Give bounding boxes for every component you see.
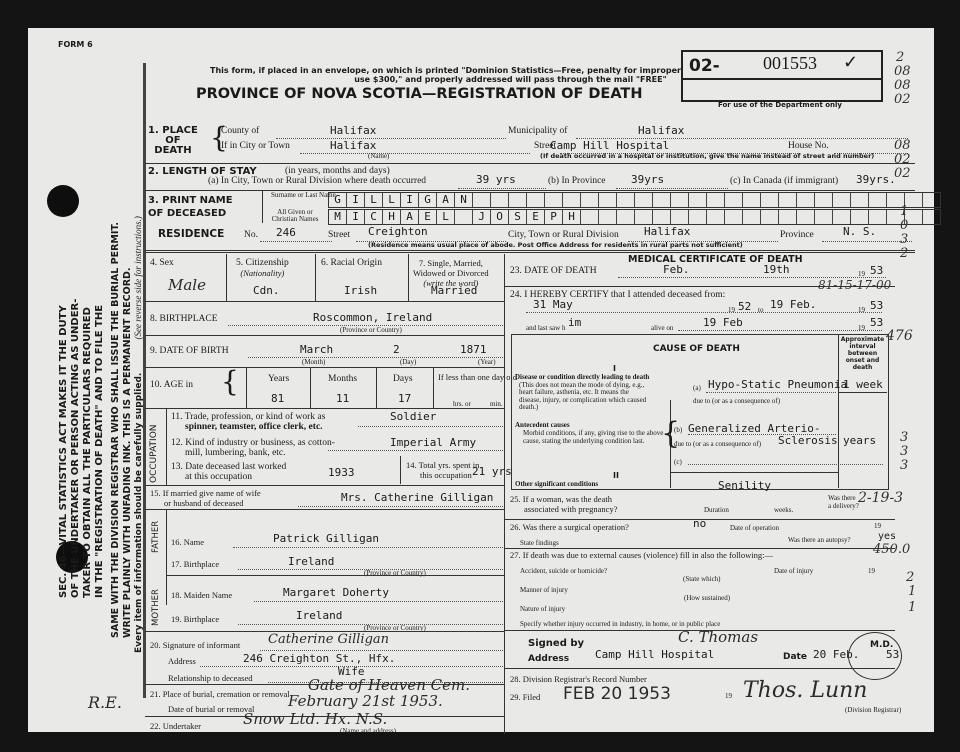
cause-a: Hypo-Static Pneumonia bbox=[708, 378, 847, 391]
side-notice-2: SAME WITH THE DIVISION REGISTRAR WHO SHA… bbox=[110, 222, 134, 638]
death-registration-form: FORM 6 SEC. 46—VITAL STATISTICS ACT MAKE… bbox=[28, 28, 934, 732]
mother-side-label: MOTHER bbox=[150, 589, 162, 626]
registration-prefix: 02- bbox=[689, 56, 720, 76]
surgical-operation: no bbox=[693, 517, 706, 530]
dob-year: 1871 bbox=[460, 343, 487, 356]
stay-city-value: 39 yrs bbox=[476, 173, 516, 186]
last-saw-year: 53 bbox=[870, 316, 883, 329]
last-saw-date: 19 Feb bbox=[703, 316, 743, 329]
house-label: House No. bbox=[788, 141, 829, 151]
residence-province: N. S. bbox=[843, 225, 876, 238]
city-label: If in City or Town bbox=[221, 141, 290, 151]
citizenship-value: Cdn. bbox=[253, 284, 280, 297]
mother-birthplace: Ireland bbox=[296, 609, 342, 622]
father-side-label: FATHER bbox=[150, 521, 162, 553]
attended-from: 31 May bbox=[533, 298, 573, 311]
mother-name: Margaret Doherty bbox=[283, 586, 389, 599]
check-mark-icon: ✓ bbox=[843, 52, 858, 73]
cause-heading: CAUSE OF DEATH bbox=[653, 344, 740, 354]
filed-stamp: FEB 20 1953 bbox=[563, 684, 671, 704]
sex-value: Male bbox=[168, 276, 206, 294]
residence-label: RESIDENCE bbox=[158, 228, 224, 240]
total-years-value: 21 yrs bbox=[472, 465, 512, 478]
cause-b-interval: years bbox=[843, 434, 876, 447]
physician-address: Camp Hill Hospital bbox=[595, 648, 714, 661]
last-worked-value: 1933 bbox=[328, 466, 355, 479]
industry-value: Imperial Army bbox=[390, 436, 476, 449]
birthplace-value: Roscommon, Ireland bbox=[313, 311, 432, 324]
side-notice: SEC. 46—VITAL STATISTICS ACT MAKES IT TH… bbox=[58, 78, 106, 598]
county-value: Halifax bbox=[330, 124, 376, 137]
age-days: 17 bbox=[398, 392, 411, 405]
attended-to-year: 53 bbox=[870, 299, 883, 312]
dob-day: 2 bbox=[393, 343, 400, 356]
attended-to: 19 Feb. bbox=[770, 298, 816, 311]
municipality-label: Municipality of bbox=[508, 126, 567, 136]
city-value: Halifax bbox=[330, 139, 376, 152]
department-note: For use of the Department only bbox=[718, 101, 842, 109]
side-notice-3: Every item of information should be care… bbox=[132, 216, 145, 653]
municipality-value: Halifax bbox=[638, 124, 684, 137]
form-title: PROVINCE OF NOVA SCOTIA—REGISTRATION OF … bbox=[196, 86, 642, 102]
place-of-death-label: 1. PLACE OF DEATH bbox=[148, 126, 198, 156]
seal-circle bbox=[848, 632, 902, 680]
informant-signature: Catherine Gilligan bbox=[268, 632, 389, 647]
burial-date: February 21st 1953. bbox=[288, 692, 443, 710]
residence-number: 246 bbox=[276, 226, 296, 239]
stay-province-value: 39yrs bbox=[631, 173, 664, 186]
informant-address: 246 Creighton St., Hfx. bbox=[243, 652, 395, 665]
street-value: Camp Hill Hospital bbox=[550, 139, 669, 152]
father-birthplace: Ireland bbox=[288, 555, 334, 568]
spouse-value: Mrs. Catherine Gilligan bbox=[341, 491, 493, 504]
autopsy-value: yes bbox=[878, 531, 896, 542]
print-name-label: 3. PRINT NAME OF DECEASED bbox=[148, 194, 233, 220]
brace-icon: { bbox=[221, 368, 239, 396]
cause-of-death-box bbox=[511, 334, 889, 490]
mail-notice: This form, if placed in an envelope, on … bbox=[210, 66, 681, 84]
undertaker-value: Snow Ltd. Hx. N.S. bbox=[243, 710, 387, 728]
registration-number: 001553 bbox=[763, 53, 817, 74]
initials: R.E. bbox=[88, 693, 122, 712]
cause-b-continued: Sclerosis bbox=[778, 434, 838, 447]
trade-value: Soldier bbox=[390, 410, 436, 423]
form-number: FORM 6 bbox=[58, 40, 93, 49]
cause-a-interval: 1 week bbox=[843, 378, 883, 391]
stay-canada-value: 39yrs. bbox=[856, 173, 896, 186]
county-label: County of bbox=[221, 126, 259, 136]
occupation-side-label: OCCUPATION bbox=[148, 424, 160, 483]
death-day: 19th bbox=[763, 263, 790, 276]
racial-origin-value: Irish bbox=[344, 284, 377, 297]
other-conditions: Senility bbox=[718, 479, 771, 492]
age-years: 81 bbox=[271, 392, 284, 405]
registrar-signature: Thos. Lunn bbox=[743, 678, 867, 703]
residence-street: Creighton bbox=[368, 225, 428, 238]
physician-signature: C. Thomas bbox=[678, 628, 758, 646]
death-year: 53 bbox=[870, 264, 883, 277]
given-names-boxes: MICHAELJOSEPH bbox=[328, 209, 941, 225]
attended-from-year: 52 bbox=[738, 300, 751, 313]
dob-month: March bbox=[300, 343, 333, 356]
age-months: 11 bbox=[336, 392, 349, 405]
residence-city: Halifax bbox=[644, 225, 690, 238]
death-month: Feb. bbox=[663, 263, 690, 276]
surname-boxes: GILLIGAN bbox=[328, 192, 941, 208]
father-name: Patrick Gilligan bbox=[273, 532, 379, 545]
marital-status-value: Married bbox=[431, 284, 477, 297]
registration-number-box: 02- 001553 ✓ bbox=[681, 50, 883, 102]
